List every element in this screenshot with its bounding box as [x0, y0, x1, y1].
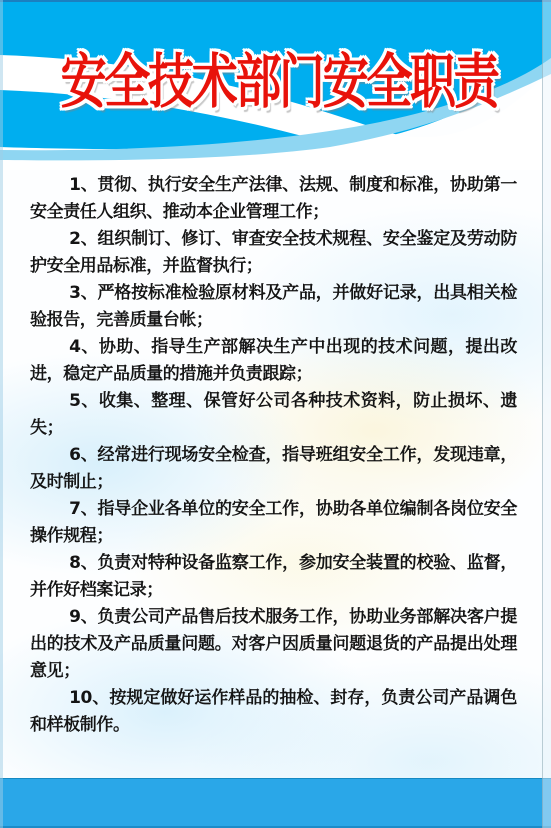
responsibility-item: 7、指导企业各单位的安全工作，协助各单位编制各岗位安全操作规程； [30, 496, 517, 550]
responsibility-item: 9、负责公司产品售后技术服务工作，协助业务部解决客户提出的技术及产品质量问题。对… [30, 604, 517, 685]
responsibilities-list: 1、贯彻、执行安全生产法律、法规、制度和标准，协助第一安全责任人组织、推动本企业… [0, 170, 551, 778]
page-title: 安全技术部门安全职责 [61, 40, 491, 124]
responsibility-item: 3、严格按标准检验原材料及产品，并做好记录，出具相关检验报告，完善质量台帐； [30, 280, 517, 334]
header-banner: 安全技术部门安全职责 [0, 0, 551, 170]
footer-band [0, 778, 551, 828]
responsibility-item: 1、贯彻、执行安全生产法律、法规、制度和标准，协助第一安全责任人组织、推动本企业… [30, 172, 517, 226]
responsibility-item: 4、协助、指导生产部解决生产中出现的技术问题，提出改进，稳定产品质量的措施并负责… [30, 334, 517, 388]
left-edge-shadow [0, 0, 3, 828]
responsibility-item: 2、组织制订、修订、审查安全技术规程、安全鉴定及劳动防护安全用品标准，并监督执行… [30, 226, 517, 280]
right-edge-shadow [542, 0, 551, 828]
responsibility-item: 6、经常进行现场安全检查，指导班组安全工作，发现违章，及时制止； [30, 442, 517, 496]
poster-page: 安全技术部门安全职责 1、贯彻、执行安全生产法律、法规、制度和标准，协助第一安全… [0, 0, 551, 828]
responsibility-item: 5、收集、整理、保管好公司各种技术资料，防止损坏、遗失； [30, 388, 517, 442]
responsibility-item: 8、负责对特种设备监察工作，参加安全装置的校验、监督，并作好档案记录； [30, 550, 517, 604]
responsibility-item: 10、按规定做好运作样品的抽检、封存，负责公司产品调色和样板制作。 [30, 685, 517, 739]
